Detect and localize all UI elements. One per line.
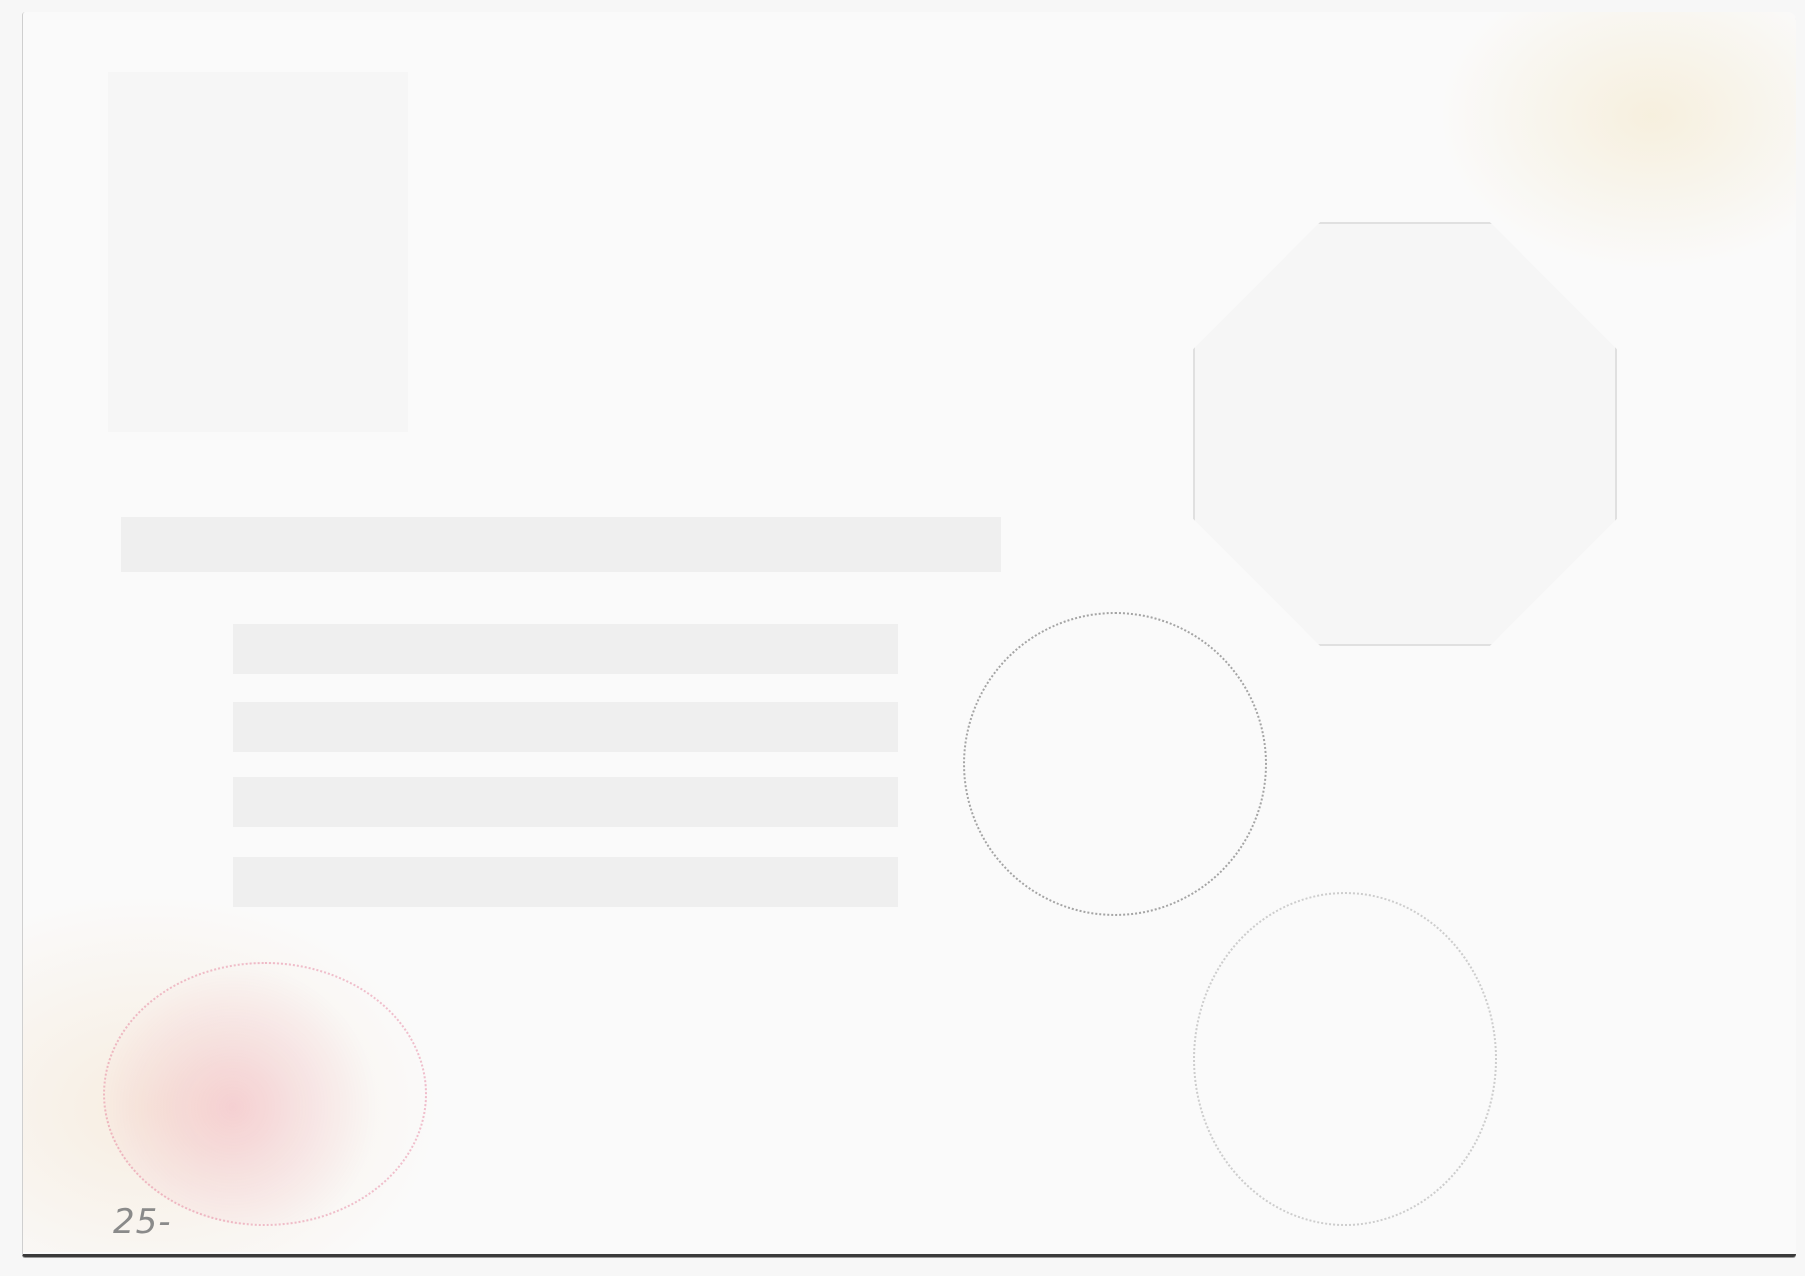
address-line-bleed: [233, 857, 898, 907]
postcard-back: 25-: [22, 12, 1796, 1257]
octagonal-label-bleed: [1193, 222, 1617, 646]
postmark-circle: [1193, 892, 1497, 1226]
red-cancellation-mark: [103, 962, 427, 1226]
address-line-bleed: [233, 624, 898, 674]
address-line-bleed: [233, 777, 898, 827]
stamp-bleed-through: [108, 72, 408, 432]
address-line-bleed: [121, 517, 1001, 572]
address-line-bleed: [233, 702, 898, 752]
pencil-price-note: 25-: [113, 1202, 172, 1242]
postmark-circle: [963, 612, 1267, 916]
